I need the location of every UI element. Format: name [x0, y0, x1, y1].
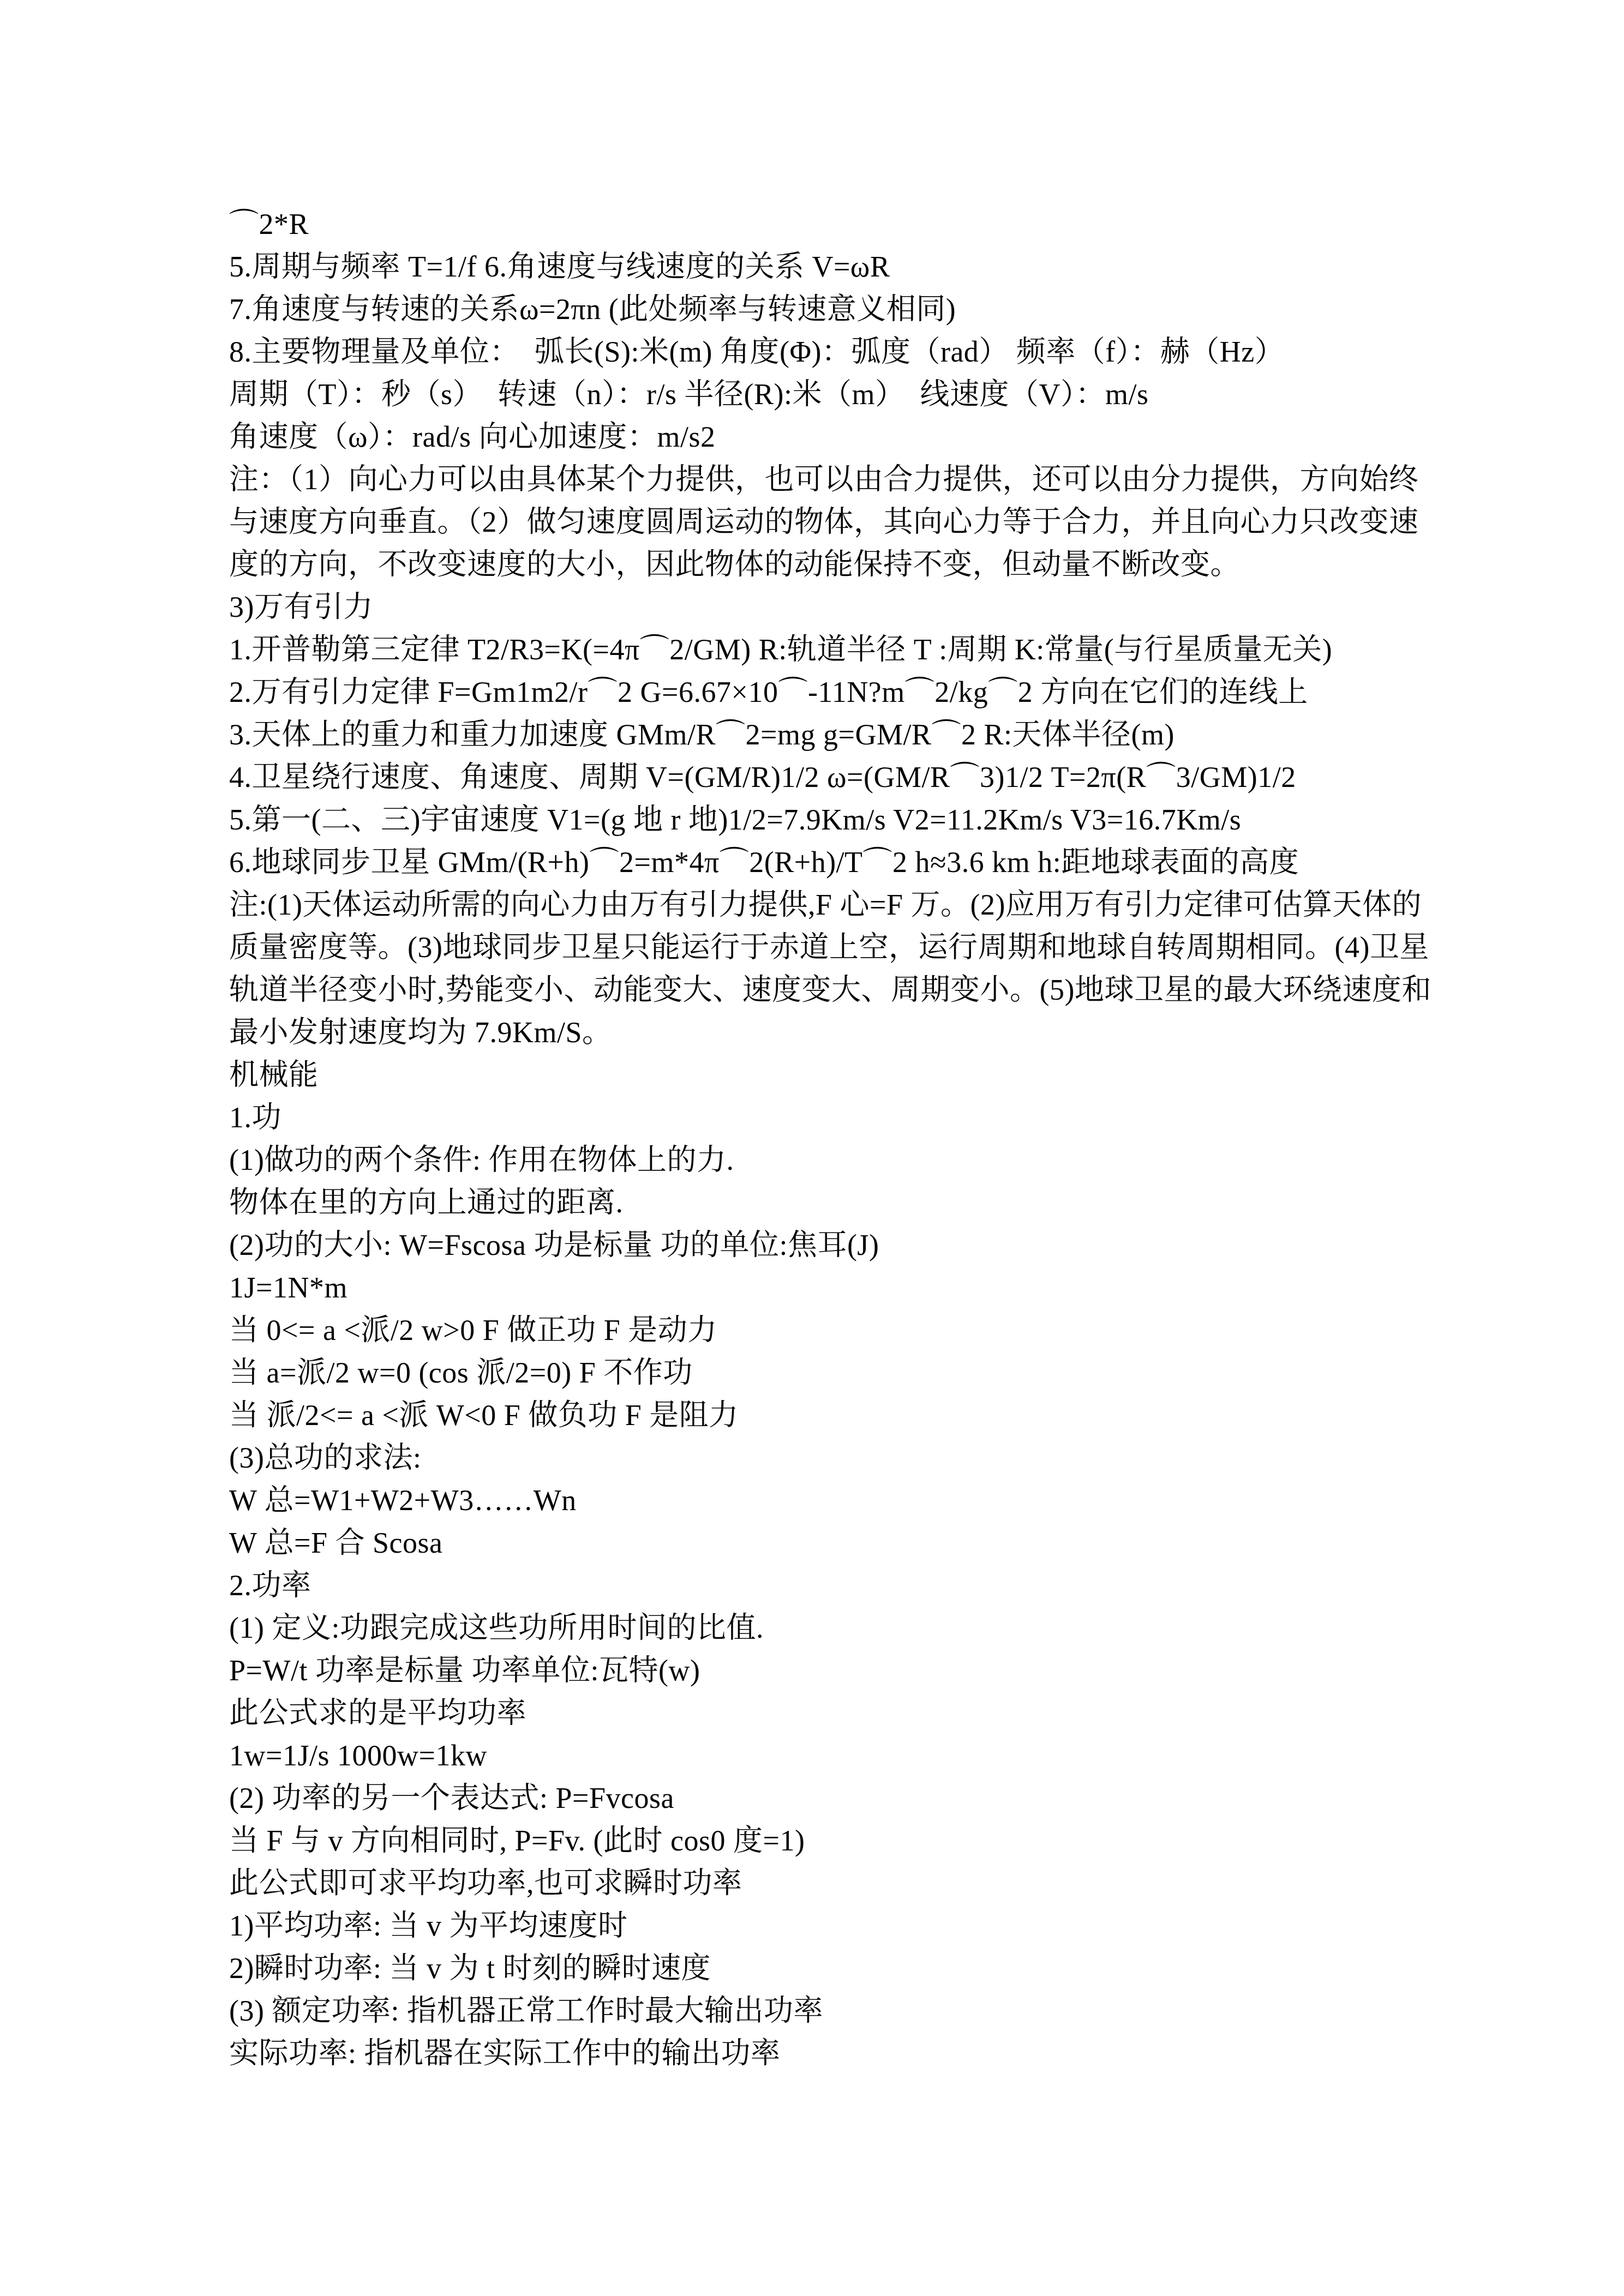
- text-line: 当 0<= a <派/2 w>0 F 做正功 F 是动力: [229, 1309, 1400, 1351]
- text-line: 周期（T）：秒（s） 转速（n）：r/s 半径(R):米（m） 线速度（V）：m…: [229, 373, 1400, 416]
- text-line: 最小发射速度均为 7.9Km/S。: [229, 1011, 1400, 1054]
- text-line: (1)做功的两个条件: 作用在物体上的力.: [229, 1139, 1400, 1181]
- text-line: 1w=1J/s 1000w=1kw: [229, 1734, 1400, 1777]
- text-line: (3) 额定功率: 指机器正常工作时最大输出功率: [229, 1990, 1400, 2032]
- text-line: 轨道半径变小时,势能变小、动能变大、速度变大、周期变小。(5)地球卫星的最大环绕…: [229, 969, 1400, 1011]
- text-line: 5.第一(二、三)宇宙速度 V1=(g 地 r 地)1/2=7.9Km/s V2…: [229, 798, 1400, 841]
- text-line: 2.功率: [229, 1564, 1400, 1607]
- text-line: 物体在里的方向上通过的距离.: [229, 1181, 1400, 1224]
- text-line: (2)功的大小: W=Fscosa 功是标量 功的单位:焦耳(J): [229, 1224, 1400, 1266]
- text-line: 1)平均功率: 当 v 为平均速度时: [229, 1904, 1400, 1947]
- text-line: P=W/t 功率是标量 功率单位:瓦特(w): [229, 1649, 1400, 1692]
- text-line: 与速度方向垂直。（2）做匀速度圆周运动的物体，其向心力等于合力，并且向心力只改变…: [229, 501, 1400, 543]
- text-line: 当 a=派/2 w=0 (cos 派/2=0) F 不作功: [229, 1351, 1400, 1394]
- text-line: 注:(1)天体运动所需的向心力由万有引力提供,F 心=F 万。(2)应用万有引力…: [229, 883, 1400, 926]
- text-line: 1.功: [229, 1096, 1400, 1139]
- text-line: 3.天体上的重力和重力加速度 GMm/R⌒2=mg g=GM/R⌒2 R:天体半…: [229, 713, 1400, 756]
- text-line: 机械能: [229, 1054, 1400, 1096]
- text-line: 6.地球同步卫星 GMm/(R+h)⌒2=m*4π⌒2(R+h)/T⌒2 h≈3…: [229, 841, 1400, 883]
- text-line: 实际功率: 指机器在实际工作中的输出功率: [229, 2032, 1400, 2075]
- text-line: 当 派/2<= a <派 W<0 F 做负功 F 是阻力: [229, 1394, 1400, 1436]
- text-line: 度的方向，不改变速度的大小，因此物体的动能保持不变，但动量不断改变。: [229, 543, 1400, 586]
- text-line: 4.卫星绕行速度、角速度、周期 V=(GM/R)1/2 ω=(GM/R⌒3)1/…: [229, 756, 1400, 798]
- text-line: 8.主要物理量及单位： 弧长(S):米(m) 角度(Φ)：弧度（rad） 频率（…: [229, 330, 1400, 373]
- physics-notes-page: ⌒2*R 5.周期与频率 T=1/f 6.角速度与线速度的关系 V=ωR 7.角…: [0, 0, 1624, 2296]
- text-line: 3)万有引力: [229, 586, 1400, 628]
- text-line: ⌒2*R: [229, 203, 1400, 245]
- text-line: 此公式即可求平均功率,也可求瞬时功率: [229, 1862, 1400, 1904]
- text-line: (1) 定义:功跟完成这些功所用时间的比值.: [229, 1607, 1400, 1649]
- text-line: 5.周期与频率 T=1/f 6.角速度与线速度的关系 V=ωR: [229, 245, 1400, 288]
- text-line: 此公式求的是平均功率: [229, 1692, 1400, 1734]
- text-line: 1J=1N*m: [229, 1266, 1400, 1309]
- text-line: 2)瞬时功率: 当 v 为 t 时刻的瞬时速度: [229, 1947, 1400, 1990]
- text-line: W 总=F 合 Scosa: [229, 1522, 1400, 1564]
- text-line: 角速度（ω）：rad/s 向心加速度：m/s2: [229, 416, 1400, 458]
- text-line: 2.万有引力定律 F=Gm1m2/r⌒2 G=6.67×10⌒-11N?m⌒2/…: [229, 671, 1400, 713]
- text-line: 1.开普勒第三定律 T2/R3=K(=4π⌒2/GM) R:轨道半径 T :周期…: [229, 628, 1400, 671]
- text-line: 注：（1）向心力可以由具体某个力提供，也可以由合力提供，还可以由分力提供，方向始…: [229, 458, 1400, 501]
- text-line: 当 F 与 v 方向相同时, P=Fv. (此时 cos0 度=1): [229, 1819, 1400, 1862]
- text-line: 质量密度等。(3)地球同步卫星只能运行于赤道上空，运行周期和地球自转周期相同。(…: [229, 926, 1400, 969]
- text-line: (3)总功的求法:: [229, 1436, 1400, 1479]
- text-line: (2) 功率的另一个表达式: P=Fvcosa: [229, 1777, 1400, 1819]
- text-line: W 总=W1+W2+W3……Wn: [229, 1479, 1400, 1522]
- text-line: 7.角速度与转速的关系ω=2πn (此处频率与转速意义相同): [229, 288, 1400, 330]
